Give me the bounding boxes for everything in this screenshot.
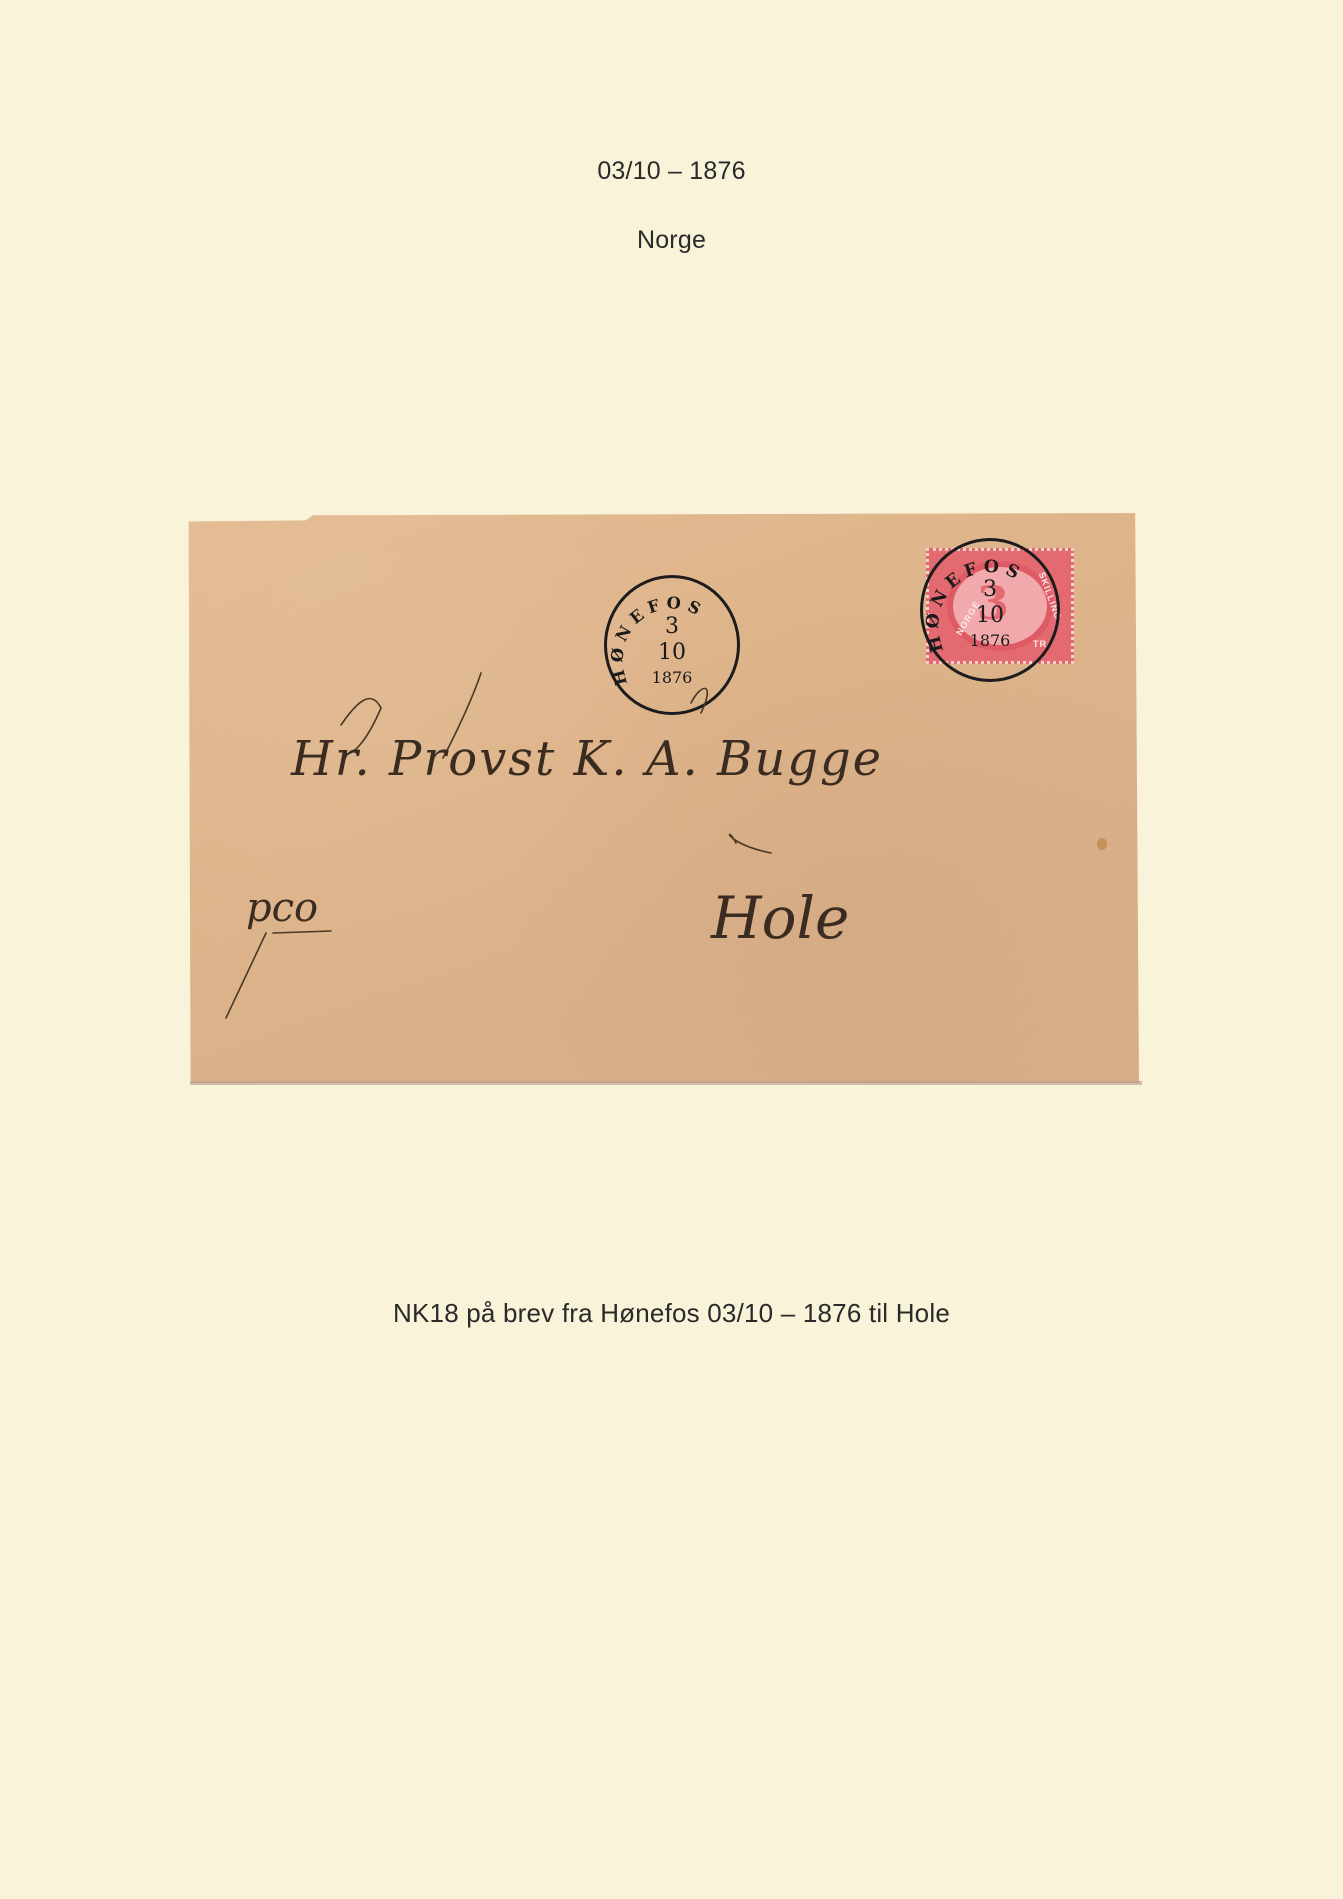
postmark-month: 10 <box>607 640 737 665</box>
postmark-year: 1876 <box>923 631 1057 650</box>
postmark-on-stamp: HØNEFOS 3 10 1876 <box>920 538 1060 682</box>
postmark-left: HØNEFOS 3 10 1876 <box>604 575 740 715</box>
postmark-day: 3 <box>923 577 1057 602</box>
page-title-country: Norge <box>0 226 1343 255</box>
cover-description: NK18 på brev fra Hønefos 03/10 – 1876 ti… <box>0 1298 1343 1329</box>
envelope-shadow-edge <box>190 1081 1142 1085</box>
page-title-date: 03/10 – 1876 <box>0 157 1343 186</box>
postmark-day: 3 <box>607 614 737 639</box>
postmark-month: 10 <box>923 603 1057 628</box>
postmark-year: 1876 <box>607 668 737 687</box>
envelope-stain <box>1097 838 1107 850</box>
